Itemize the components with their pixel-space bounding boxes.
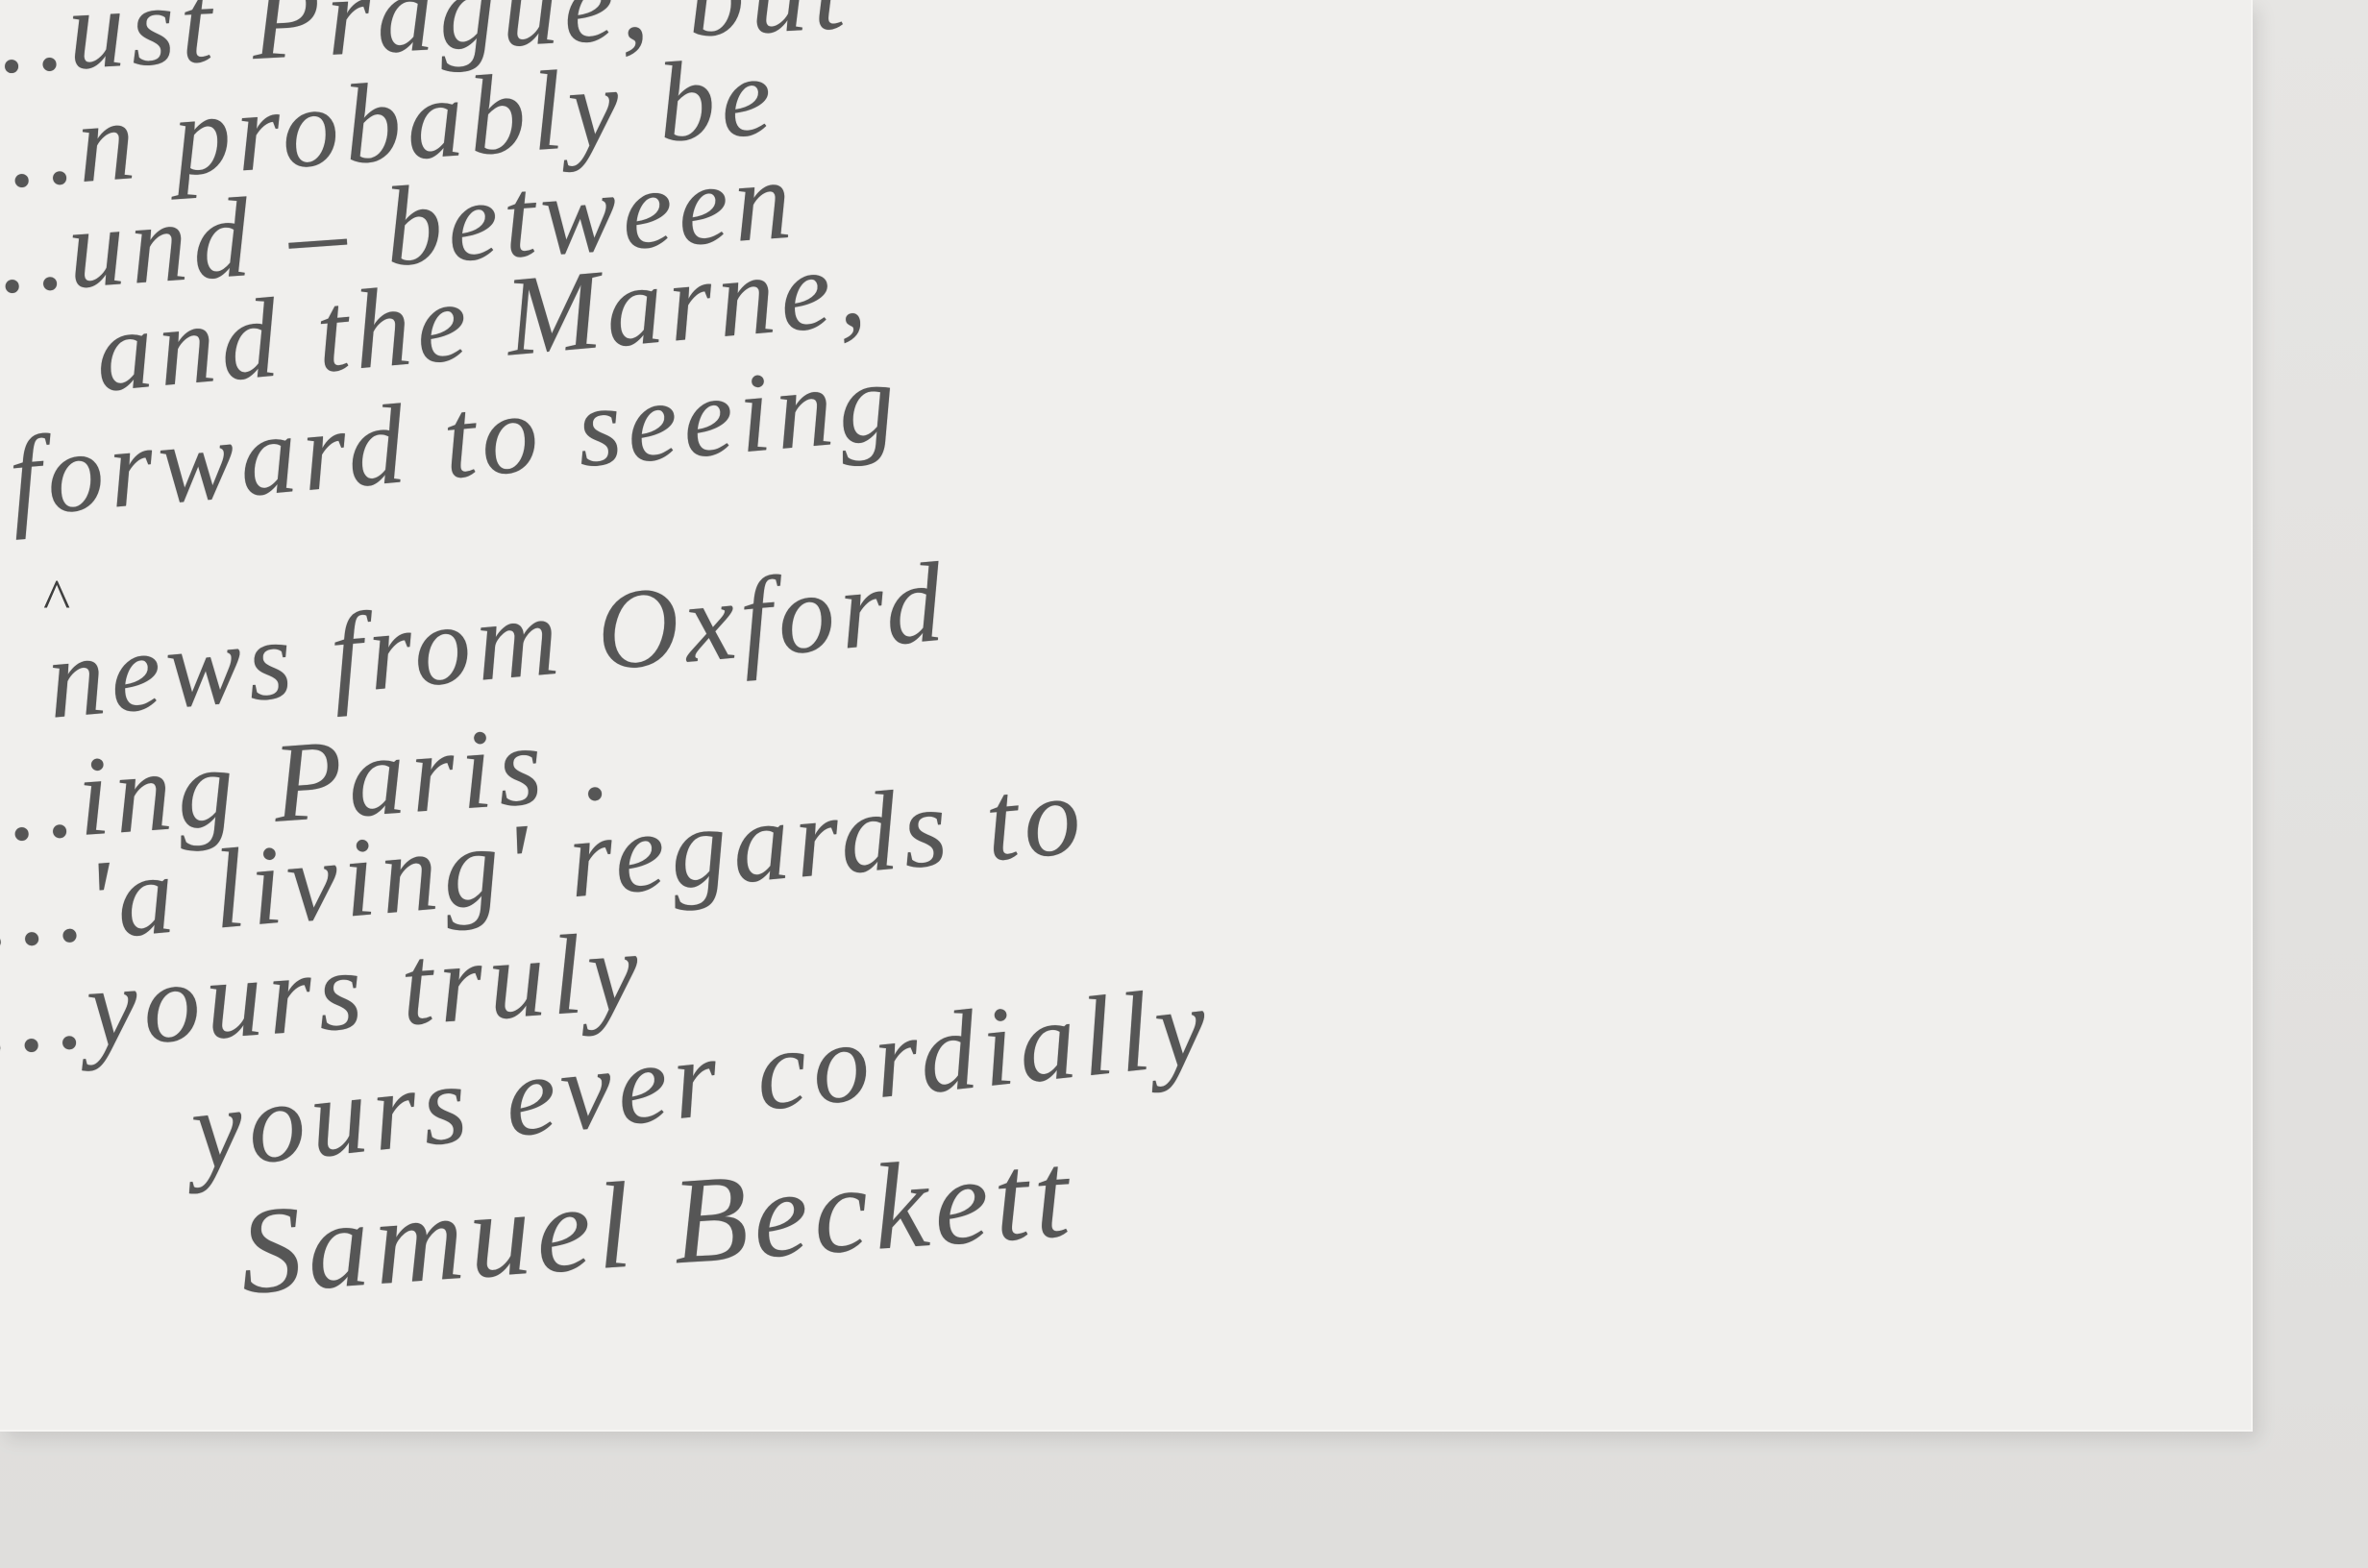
letter-sheet: …ust Prague, but …n probably be …und – b… [0, 0, 2253, 1432]
